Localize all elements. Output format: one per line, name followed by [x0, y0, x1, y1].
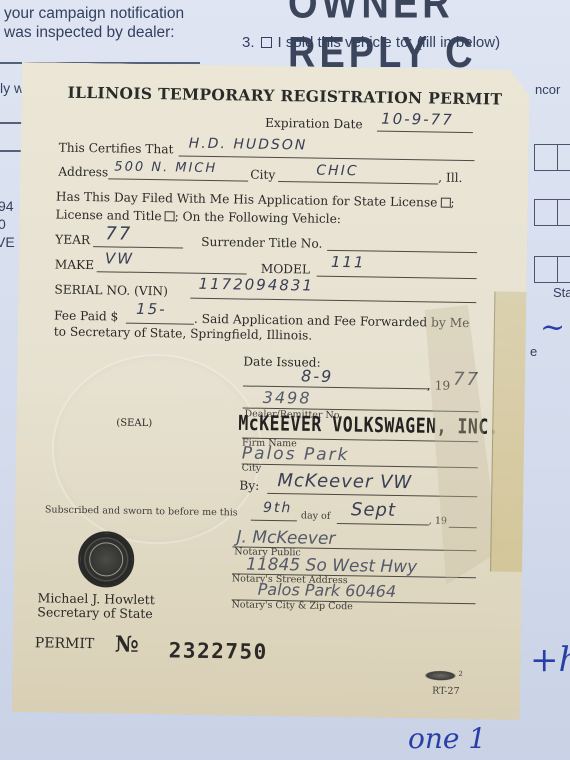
fee-forwarded-text-line-2: to Secretary of State, Springfield, Illi… [54, 325, 313, 343]
left-fragment-text: 0 [0, 216, 6, 232]
address-line [108, 178, 248, 181]
city-line [278, 181, 438, 185]
sworn-label: Subscribed and sworn to before me this [45, 504, 238, 518]
serial-vin-line [190, 298, 476, 303]
form-box [557, 256, 570, 283]
union-bug-number: 2 [458, 670, 463, 678]
permit-title: ILLINOIS TEMPORARY REGISTRATION PERMIT [67, 83, 502, 109]
union-bug-icon [424, 670, 456, 681]
serial-vin-value[interactable]: 1172094831 [198, 275, 314, 295]
option-3-sold-vehicle: 3.I sold this vehicle to: (fill in below… [242, 34, 500, 51]
campaign-line-2: was inspected by dealer: [4, 23, 184, 42]
form-code: RT-27 [432, 686, 460, 697]
filed-statement-line-1: Has This Day Filed With Me His Applicati… [56, 190, 455, 210]
serial-vin-label: SERIAL NO. (VIN) [54, 283, 168, 299]
seal-label: (SEAL) [116, 418, 152, 430]
filed-text-end: ; [450, 196, 454, 210]
campaign-notification-text: your campaign notification was inspected… [4, 4, 184, 42]
form-box [534, 256, 558, 283]
city-label: City [250, 168, 275, 182]
year-value[interactable]: 77 [105, 223, 132, 244]
dealer-number-value[interactable]: 3498 [263, 388, 312, 408]
sworn-month-line [337, 523, 429, 525]
state-license-checkbox[interactable] [440, 198, 450, 208]
right-fragment-text: e [530, 344, 537, 359]
by-signature[interactable]: McKeever VW [277, 470, 412, 493]
right-fragment-text: Sta [553, 285, 570, 300]
left-fragment-text: 94 [0, 198, 14, 214]
fee-paid-label: Fee Paid $ [54, 309, 119, 324]
surrender-title-label: Surrender Title No. [201, 235, 322, 251]
form-box [557, 144, 570, 171]
model-line [317, 276, 477, 280]
year-line [93, 246, 183, 248]
sworn-day-of-label: day of [301, 510, 331, 521]
right-fragment-text: ncor [535, 82, 560, 97]
year-label: YEAR [55, 233, 90, 248]
illinois-state-seal-icon [78, 531, 135, 588]
by-label: By: [239, 478, 259, 492]
date-issued-value[interactable]: 8-9 [301, 366, 333, 386]
license-and-title-checkbox[interactable] [165, 211, 175, 221]
left-fragment-text: VE [0, 234, 15, 250]
filed-statement-line-2: License and Title; On the Following Vehi… [55, 208, 341, 226]
model-label: MODEL [261, 262, 310, 277]
campaign-line-1: your campaign notification [4, 4, 184, 23]
state-suffix: , Ill. [438, 171, 462, 185]
following-vehicle-text: ; On the Following Vehicle: [175, 209, 342, 226]
city-value[interactable]: CHIC [316, 163, 358, 180]
secretary-title: Secretary of State [37, 604, 153, 621]
expiration-date-value[interactable]: 10-9-77 [381, 110, 454, 129]
handwritten-note-fragment: +h [530, 640, 570, 680]
form-box [534, 199, 558, 226]
form-box [557, 199, 570, 226]
option-3-checkbox[interactable] [261, 37, 272, 48]
address-value[interactable]: 500 N. MICH [114, 159, 217, 176]
left-fragment-text: ly w [0, 80, 24, 96]
sworn-day-line [251, 520, 297, 522]
make-label: MAKE [55, 258, 95, 273]
permit-number-label: PERMIT [35, 635, 95, 652]
fee-paid-line [126, 323, 194, 325]
temporary-registration-permit: ILLINOIS TEMPORARY REGISTRATION PERMIT E… [12, 62, 530, 720]
handwritten-note-fragment: one 1 [408, 722, 486, 755]
form-box [534, 144, 558, 171]
certifies-name-value[interactable]: H.D. HUDSON [189, 136, 308, 154]
dealer-city-label: City [242, 463, 262, 474]
notary-city-value[interactable]: Palos Park 60464 [258, 580, 397, 601]
notary-city-label: Notary's City & Zip Code [231, 599, 353, 612]
make-value[interactable]: VW [105, 249, 134, 267]
license-title-text: License and Title [55, 208, 161, 224]
fee-paid-value[interactable]: 15- [136, 300, 167, 318]
certifies-line [179, 155, 475, 161]
certifies-label: This Certifies That [59, 141, 174, 157]
address-label: Address [58, 165, 108, 180]
expiration-date-label: Expiration Date [265, 116, 363, 132]
number-sign-icon: № [115, 632, 139, 658]
filed-text: Has This Day Filed With Me His Applicati… [56, 190, 438, 210]
option-3-number: 3. [242, 34, 255, 51]
make-line [97, 271, 247, 274]
adhesive-tape-strip [412, 304, 502, 585]
option-3-text: I sold this vehicle to: (fill in below) [278, 34, 501, 51]
sworn-month-value[interactable]: Sept [351, 499, 396, 521]
model-value[interactable]: 111 [331, 253, 366, 272]
expiration-date-line [377, 131, 473, 134]
handwritten-signature-fragment: ~ [540, 310, 565, 345]
permit-number: 2322750 [169, 638, 268, 664]
sworn-day-value[interactable]: 9th [263, 500, 293, 516]
